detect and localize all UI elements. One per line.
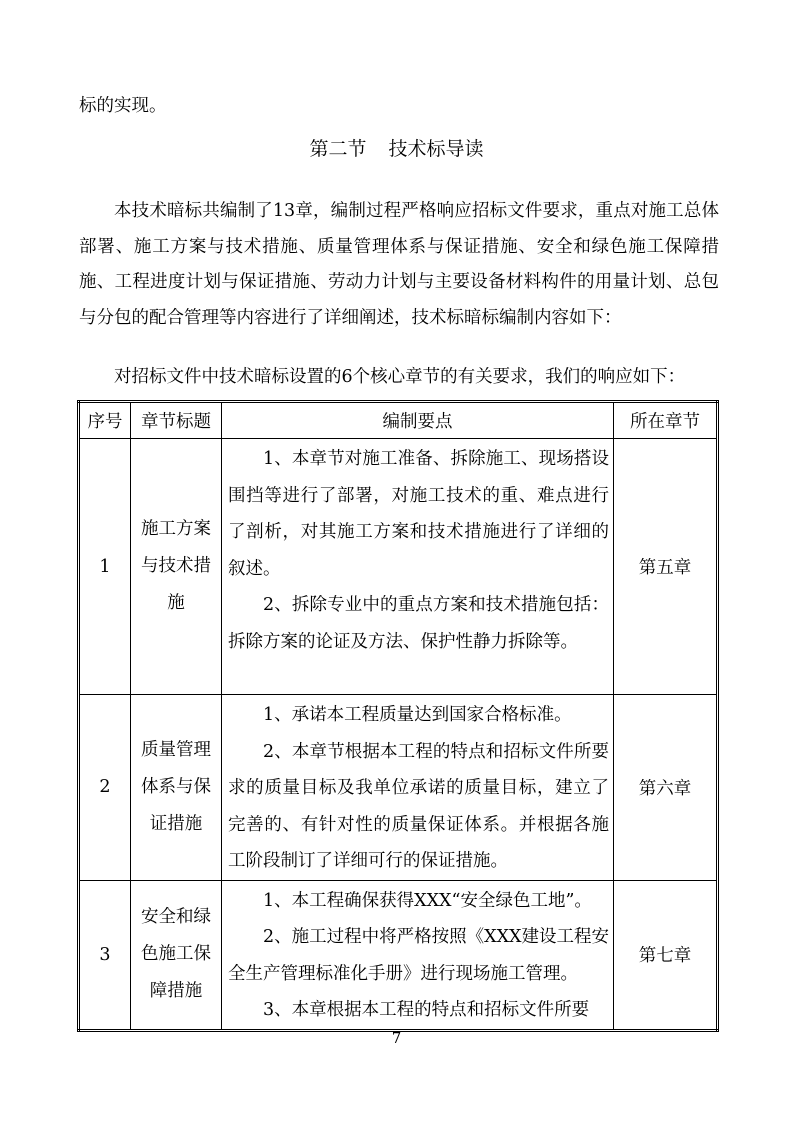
table-row: 1 施工方案与技术措施 1、本章节对施工准备、拆除施工、现场搭设围挡等进行了部署… <box>79 439 718 695</box>
row-points: 1、承诺本工程质量达到国家合格标准。 2、本章节根据本工程的特点和招标文件所要求… <box>222 695 614 881</box>
table-header-row: 序号 章节标题 编制要点 所在章节 <box>79 402 718 439</box>
lead-paragraph: 对招标文件中技术暗标设置的6个核心章节的有关要求，我们的响应如下： <box>79 360 719 396</box>
continuation-text: 标的实现。 <box>79 96 167 116</box>
header-points: 编制要点 <box>222 402 614 439</box>
point: 2、施工过程中将严格按照《XXX建设工程安全生产管理标准化手册》进行现场施工管理… <box>228 919 609 992</box>
point: 1、本章节对施工准备、拆除施工、现场搭设围挡等进行了部署，对施工技术的重、难点进… <box>228 441 609 587</box>
table-row: 3 安全和绿色施工保障措施 1、本工程确保获得XXX“安全绿色工地”。 2、施工… <box>79 880 718 1030</box>
row-no: 3 <box>79 880 131 1030</box>
row-title: 安全和绿色施工保障措施 <box>131 880 222 1030</box>
point: 1、本工程确保获得XXX“安全绿色工地”。 <box>228 883 609 920</box>
row-chapter: 第七章 <box>614 880 718 1030</box>
point: 3、本章根据本工程的特点和招标文件所要 <box>228 992 609 1029</box>
lead-text: 对招标文件中技术暗标设置的6个核心章节的有关要求，我们的响应如下： <box>79 360 719 396</box>
page-number: 7 <box>0 1029 793 1047</box>
row-chapter: 第六章 <box>614 695 718 881</box>
header-chapter: 所在章节 <box>614 402 718 439</box>
section-title: 技术标导读 <box>389 138 484 160</box>
row-points: 1、本工程确保获得XXX“安全绿色工地”。 2、施工过程中将严格按照《XXX建设… <box>222 880 614 1030</box>
row-title: 施工方案与技术措施 <box>131 439 222 695</box>
point: 2、拆除专业中的重点方案和技术措施包括：拆除方案的论证及方法、保护性静力拆除等。 <box>228 587 609 660</box>
row-no: 2 <box>79 695 131 881</box>
point: 1、承诺本工程质量达到国家合格标准。 <box>228 697 609 734</box>
section-heading: 第二节技术标导读 <box>0 134 793 161</box>
header-no: 序号 <box>79 402 131 439</box>
point: 2、本章节根据本工程的特点和招标文件所要求的质量目标及我单位承诺的质量目标，建立… <box>228 734 609 880</box>
intro-paragraph: 本技术暗标共编制了13章，编制过程严格响应招标文件要求，重点对施工总体部署、施工… <box>79 194 719 336</box>
header-title: 章节标题 <box>131 402 222 439</box>
row-no: 1 <box>79 439 131 695</box>
section-number: 第二节 <box>309 138 366 160</box>
chapter-response-table: 序号 章节标题 编制要点 所在章节 1 施工方案与技术措施 1、本章节对施工准备… <box>77 400 719 1032</box>
row-points: 1、本章节对施工准备、拆除施工、现场搭设围挡等进行了部署，对施工技术的重、难点进… <box>222 439 614 695</box>
table-row: 2 质量管理体系与保证措施 1、承诺本工程质量达到国家合格标准。 2、本章节根据… <box>79 695 718 881</box>
row-chapter: 第五章 <box>614 439 718 695</box>
intro-text: 本技术暗标共编制了13章，编制过程严格响应招标文件要求，重点对施工总体部署、施工… <box>79 194 719 336</box>
row-title: 质量管理体系与保证措施 <box>131 695 222 881</box>
